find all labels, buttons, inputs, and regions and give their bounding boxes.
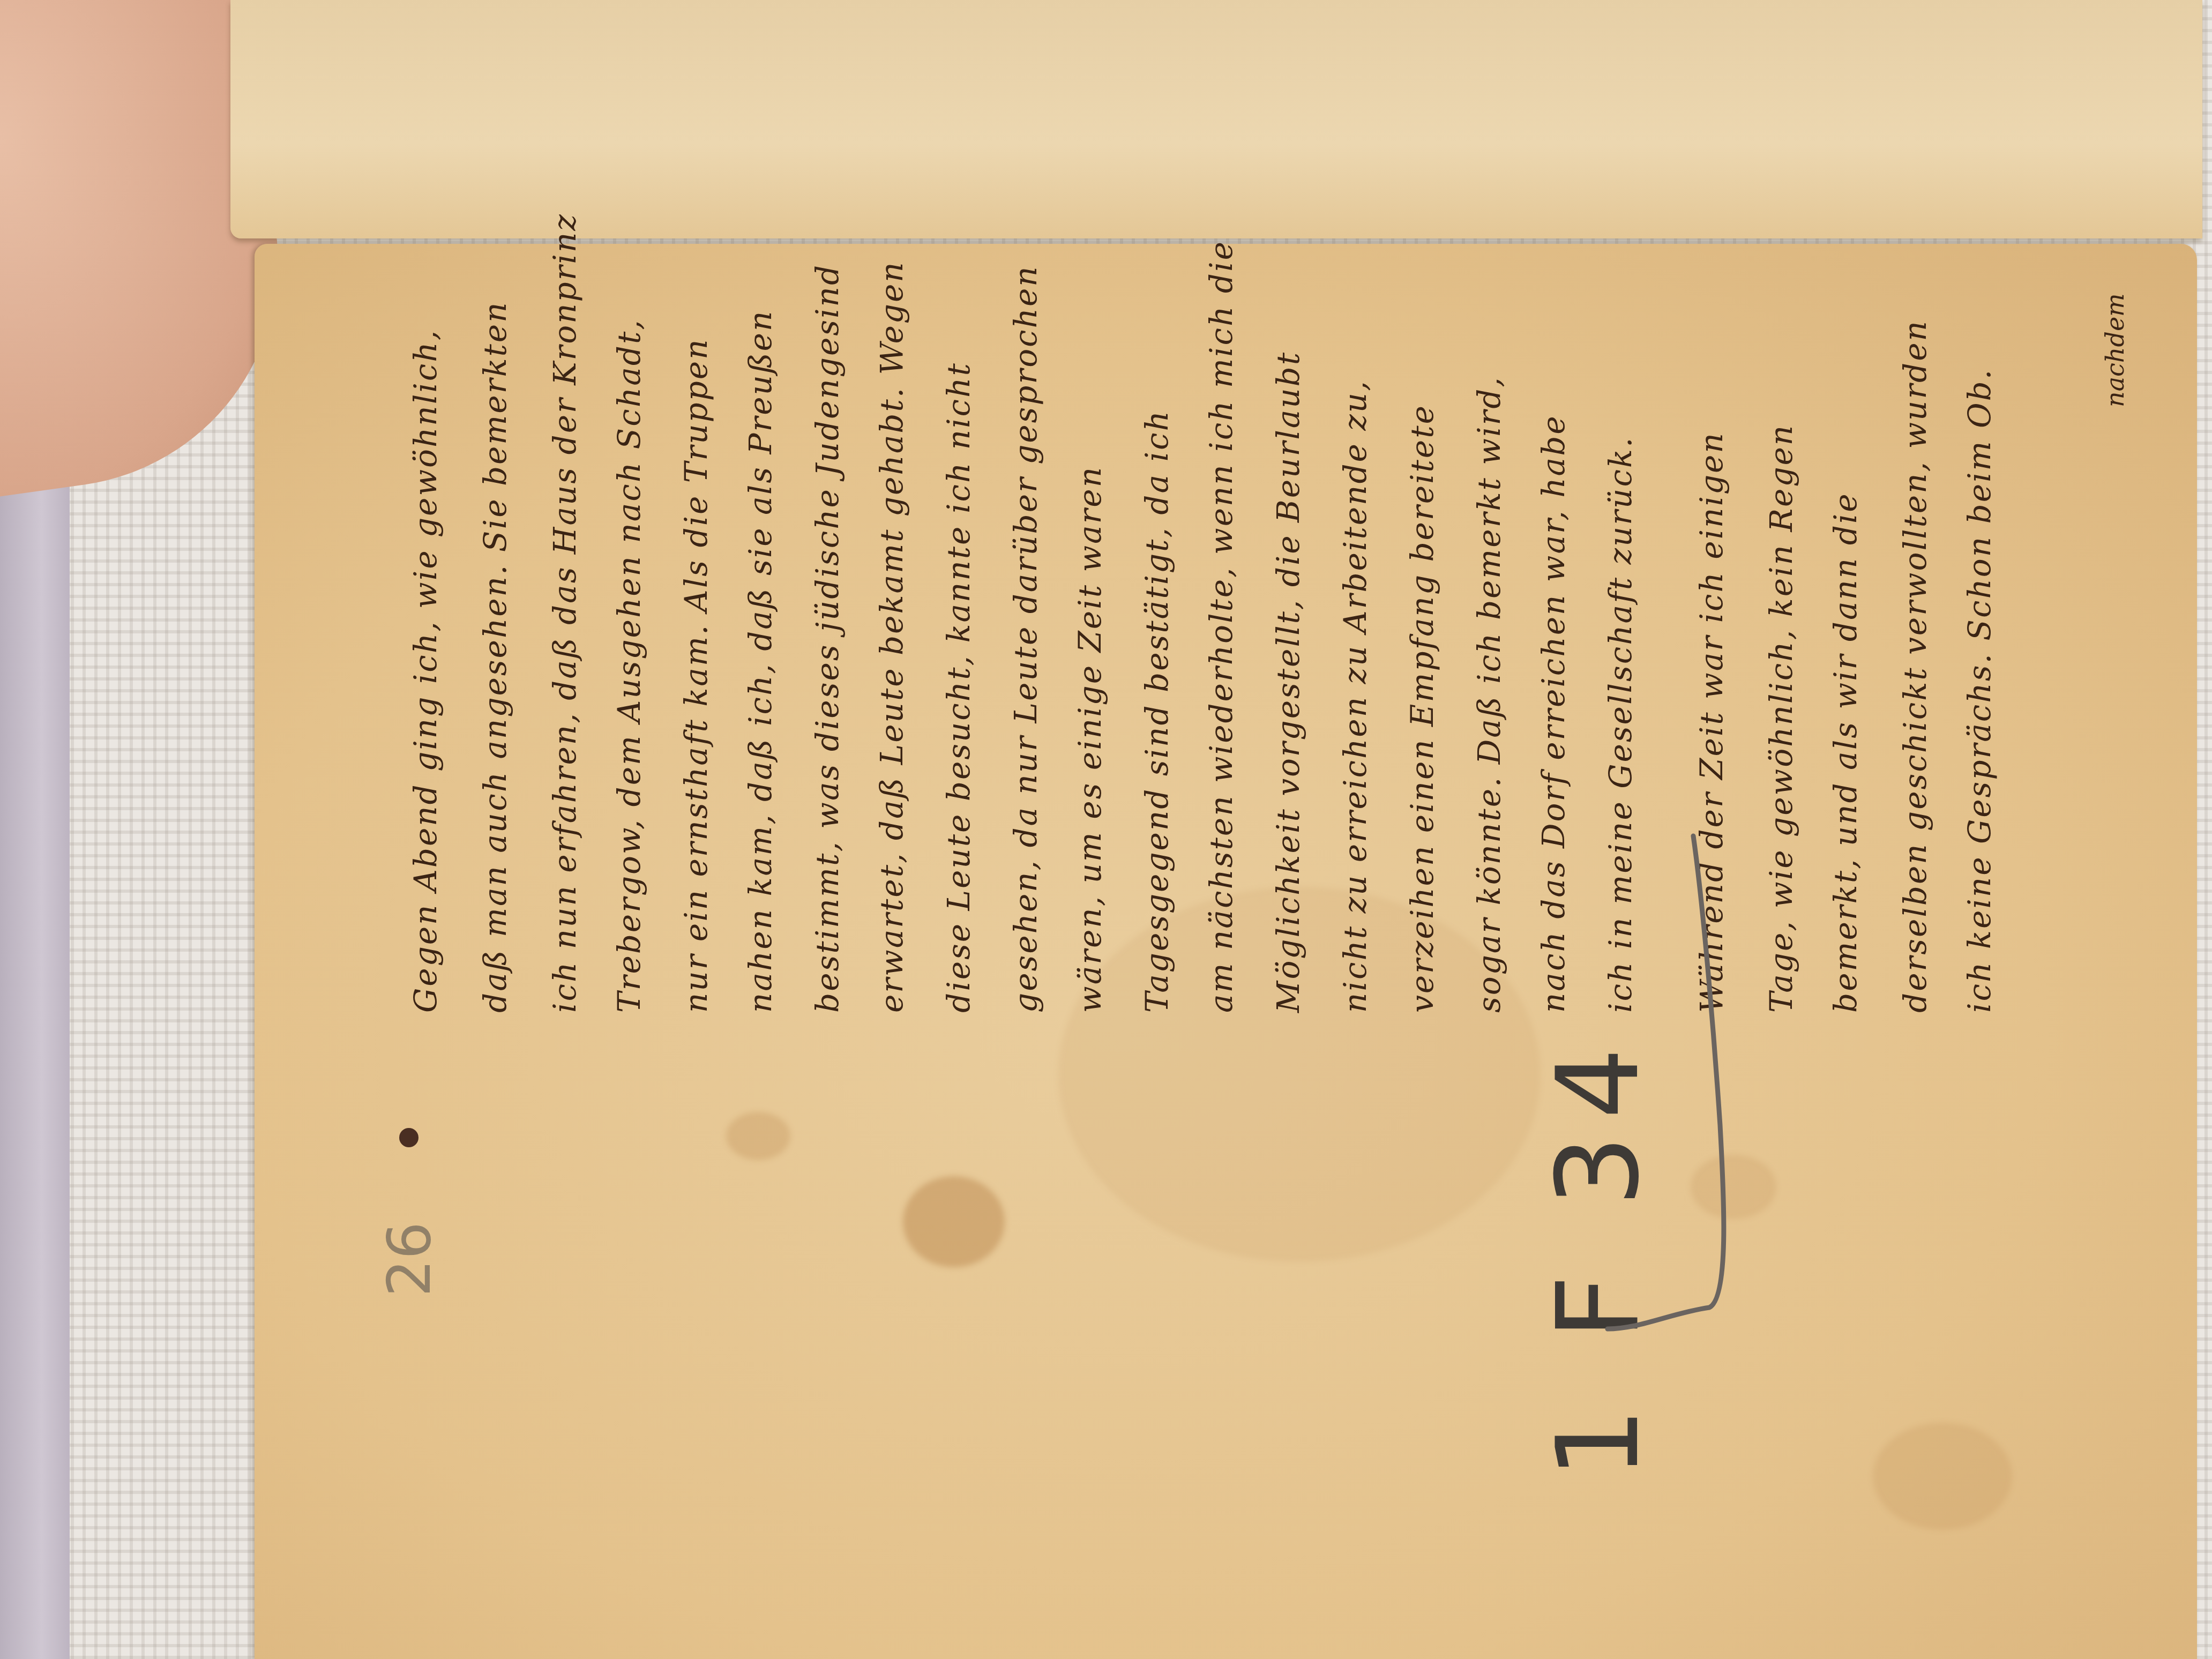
pencil-bracket-stroke [0,0,2212,1659]
